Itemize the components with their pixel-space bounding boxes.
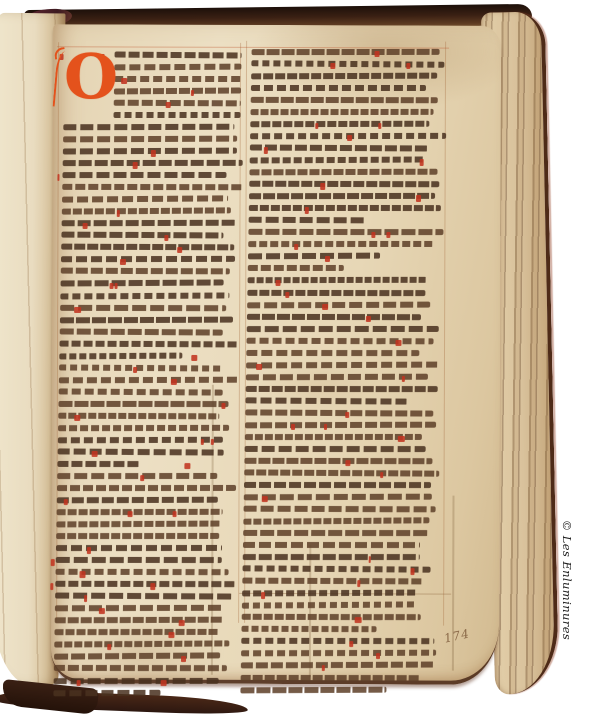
script-line — [247, 290, 444, 300]
script-line — [241, 675, 438, 685]
script-line — [55, 593, 236, 603]
rubrication-mark — [285, 292, 290, 298]
rubrication-mark — [395, 340, 402, 346]
script-line — [62, 172, 243, 182]
script-line — [250, 157, 447, 167]
rubrication-mark — [140, 475, 144, 481]
script-line — [55, 617, 236, 627]
script-line — [244, 458, 441, 468]
script-line — [250, 109, 447, 119]
rubrication-mark — [117, 210, 120, 216]
rubrication-mark — [406, 63, 410, 69]
script-line — [244, 470, 441, 480]
script-line — [241, 626, 438, 636]
script-line — [249, 205, 446, 215]
rubrication-mark — [74, 307, 81, 313]
rubrication-mark — [133, 367, 136, 373]
script-line — [245, 446, 442, 456]
rubrication-mark — [133, 162, 138, 168]
script-line — [61, 268, 242, 278]
script-line — [54, 653, 235, 663]
rubrication-mark — [374, 51, 379, 57]
rubrication-mark — [325, 256, 330, 262]
script-line — [62, 220, 243, 230]
rubrication-mark — [386, 232, 390, 238]
script-line — [58, 425, 239, 435]
script-line — [246, 338, 443, 348]
script-line — [60, 280, 241, 290]
manuscript-photo: O 174 © Les Enluminures — [0, 0, 590, 720]
rubrication-mark — [82, 223, 88, 229]
rubrication-mark — [320, 183, 325, 189]
rubrication-mark — [172, 511, 176, 517]
rubrication-mark — [221, 403, 225, 409]
script-line — [246, 374, 443, 384]
rubrication-mark — [99, 608, 105, 614]
rubrication-mark — [275, 280, 280, 286]
script-line — [248, 241, 445, 251]
rubrication-mark — [164, 235, 168, 241]
rubrication-mark — [114, 283, 118, 289]
script-line — [56, 509, 237, 519]
script-line — [242, 602, 439, 612]
rubrication-mark — [211, 439, 215, 445]
script-line — [62, 184, 243, 194]
rubrication-mark — [263, 147, 267, 153]
script-line — [57, 461, 238, 471]
script-line — [246, 386, 443, 396]
script-line — [251, 85, 448, 95]
script-line — [246, 350, 443, 360]
script-line — [59, 365, 240, 375]
parchment-crease — [452, 496, 454, 671]
rubrication-mark — [330, 63, 335, 69]
script-line — [61, 232, 242, 242]
script-line — [242, 566, 439, 576]
rubrication-mark — [151, 150, 157, 156]
script-line — [58, 413, 239, 423]
rubrication-mark — [349, 641, 353, 647]
rubrication-mark — [161, 680, 167, 686]
rubrication-mark — [185, 463, 191, 469]
script-line — [59, 353, 240, 363]
script-line — [245, 422, 442, 432]
rubrication-mark — [354, 617, 361, 623]
script-line — [56, 533, 237, 543]
rubrication-mark — [165, 102, 170, 108]
rubrication-mark — [171, 379, 177, 385]
illuminated-initial: O — [64, 48, 110, 110]
rubrication-mark — [322, 665, 325, 671]
script-line — [57, 497, 238, 507]
rubrication-mark — [191, 90, 194, 96]
rubrication-mark — [416, 195, 420, 201]
rubrication-mark — [380, 472, 384, 478]
rubrication-mark — [201, 439, 204, 445]
script-line — [251, 61, 448, 71]
script-line — [60, 293, 241, 303]
script-line — [251, 73, 448, 83]
script-line — [58, 401, 239, 411]
rubrication-mark — [324, 424, 327, 430]
rubrication-mark — [50, 559, 55, 565]
script-line — [54, 629, 235, 639]
text-column-left — [53, 50, 245, 700]
rubrication-mark — [261, 496, 268, 502]
script-line — [59, 389, 240, 399]
script-line — [249, 181, 446, 191]
script-line — [241, 638, 438, 648]
script-line — [249, 169, 446, 179]
script-line — [249, 217, 446, 227]
rubrication-mark — [291, 424, 295, 430]
script-line — [247, 277, 444, 287]
script-line — [245, 398, 442, 408]
script-line — [56, 557, 237, 567]
rubrication-mark — [80, 571, 86, 577]
script-line — [59, 341, 240, 351]
script-line — [57, 473, 238, 483]
script-line — [247, 326, 444, 336]
script-line — [247, 314, 444, 324]
rubrication-mark — [64, 499, 67, 505]
rubrication-mark — [398, 436, 405, 442]
rubrication-mark — [294, 244, 299, 250]
script-line — [245, 410, 442, 420]
script-line — [241, 662, 438, 672]
script-line — [243, 542, 440, 552]
rubrication-mark — [151, 583, 156, 589]
script-line — [248, 253, 445, 263]
script-line — [242, 614, 439, 624]
script-line — [250, 133, 447, 143]
script-line — [60, 317, 241, 327]
script-line — [250, 121, 447, 131]
script-line — [61, 244, 242, 254]
script-line — [57, 485, 238, 495]
script-line — [63, 148, 244, 158]
script-line — [62, 208, 243, 218]
script-line — [248, 265, 445, 275]
script-line — [244, 494, 441, 504]
rubrication-mark — [92, 451, 98, 457]
rubrication-mark — [108, 644, 112, 650]
script-line — [61, 256, 242, 266]
script-line — [243, 518, 440, 528]
rubrication-mark — [191, 355, 197, 361]
rubrication-mark — [346, 460, 351, 466]
script-line — [250, 145, 447, 155]
script-line — [246, 362, 443, 372]
script-line — [63, 160, 244, 170]
script-line — [63, 136, 244, 146]
copyright-watermark: © Les Enluminures — [558, 510, 574, 650]
script-line — [58, 437, 239, 447]
script-line — [251, 97, 448, 107]
rubrication-mark — [128, 511, 133, 517]
script-line — [243, 554, 440, 564]
script-line — [60, 329, 241, 339]
rubrication-mark — [378, 123, 382, 129]
script-line — [247, 302, 444, 312]
rubrication-mark — [322, 304, 328, 310]
rubrication-mark — [121, 78, 127, 84]
script-line — [55, 569, 236, 579]
script-line — [241, 650, 438, 660]
script-line — [242, 578, 439, 588]
script-line — [54, 641, 235, 651]
script-line — [55, 605, 236, 615]
script-line — [251, 49, 448, 59]
script-line — [240, 687, 437, 697]
text-column-right — [240, 47, 448, 697]
script-line — [243, 506, 440, 516]
rubrication-mark — [181, 656, 187, 662]
rubrication-mark — [168, 632, 174, 638]
rubrication-mark — [366, 316, 371, 322]
rubrication-mark — [420, 159, 424, 165]
rubrication-mark — [372, 232, 376, 238]
rubrication-mark — [87, 547, 90, 553]
rubrication-mark — [84, 595, 87, 601]
script-line — [245, 434, 442, 444]
script-line — [242, 590, 439, 600]
rubrication-mark — [315, 123, 319, 129]
rubrication-mark — [347, 135, 352, 141]
rubrication-mark — [50, 583, 54, 589]
rubrication-mark — [357, 580, 361, 586]
rubrication-mark — [305, 207, 309, 213]
script-line — [248, 229, 445, 239]
rubrication-mark — [178, 620, 185, 626]
script-line — [243, 530, 440, 540]
rubrication-mark — [120, 259, 125, 265]
script-line — [54, 665, 235, 675]
rubrication-mark — [402, 376, 405, 382]
script-line — [55, 581, 236, 591]
script-line — [58, 449, 239, 459]
rubrication-mark — [74, 415, 80, 421]
rubrication-mark — [76, 680, 81, 686]
rubrication-mark — [411, 568, 415, 574]
script-line — [62, 196, 243, 206]
rubrication-mark — [261, 592, 266, 598]
rubrication-mark — [110, 283, 113, 289]
script-line — [63, 112, 244, 122]
script-line — [249, 193, 446, 203]
script-line — [63, 124, 244, 134]
script-line — [244, 482, 441, 492]
rubrication-mark — [256, 364, 262, 370]
script-line — [56, 521, 237, 531]
script-line — [59, 377, 240, 387]
script-line — [60, 305, 241, 315]
initial-letter: O — [64, 40, 118, 113]
rubrication-mark — [376, 653, 380, 659]
rubrication-mark — [177, 247, 183, 253]
script-line — [56, 545, 237, 555]
rubrication-mark — [345, 412, 350, 418]
script-line — [53, 690, 234, 700]
script-line — [54, 678, 235, 688]
